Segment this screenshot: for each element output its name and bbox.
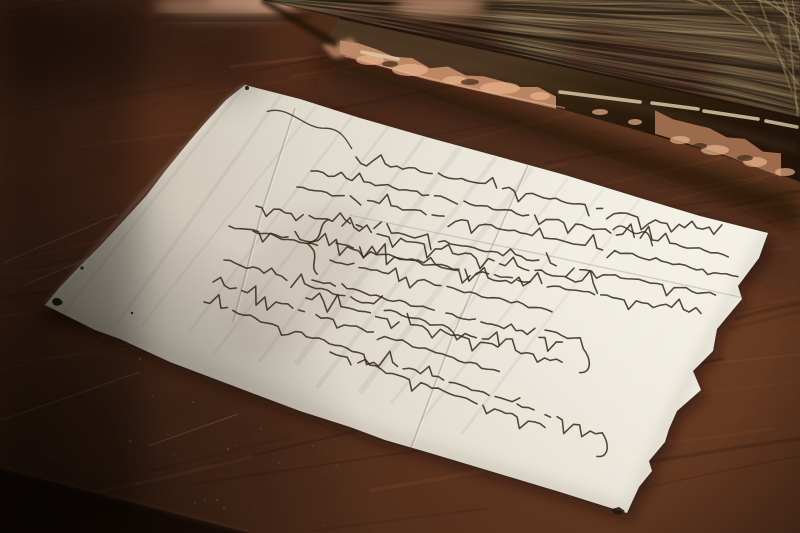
vignette — [0, 0, 800, 533]
photo-scene — [0, 0, 800, 533]
manuscript-photo — [0, 0, 800, 533]
